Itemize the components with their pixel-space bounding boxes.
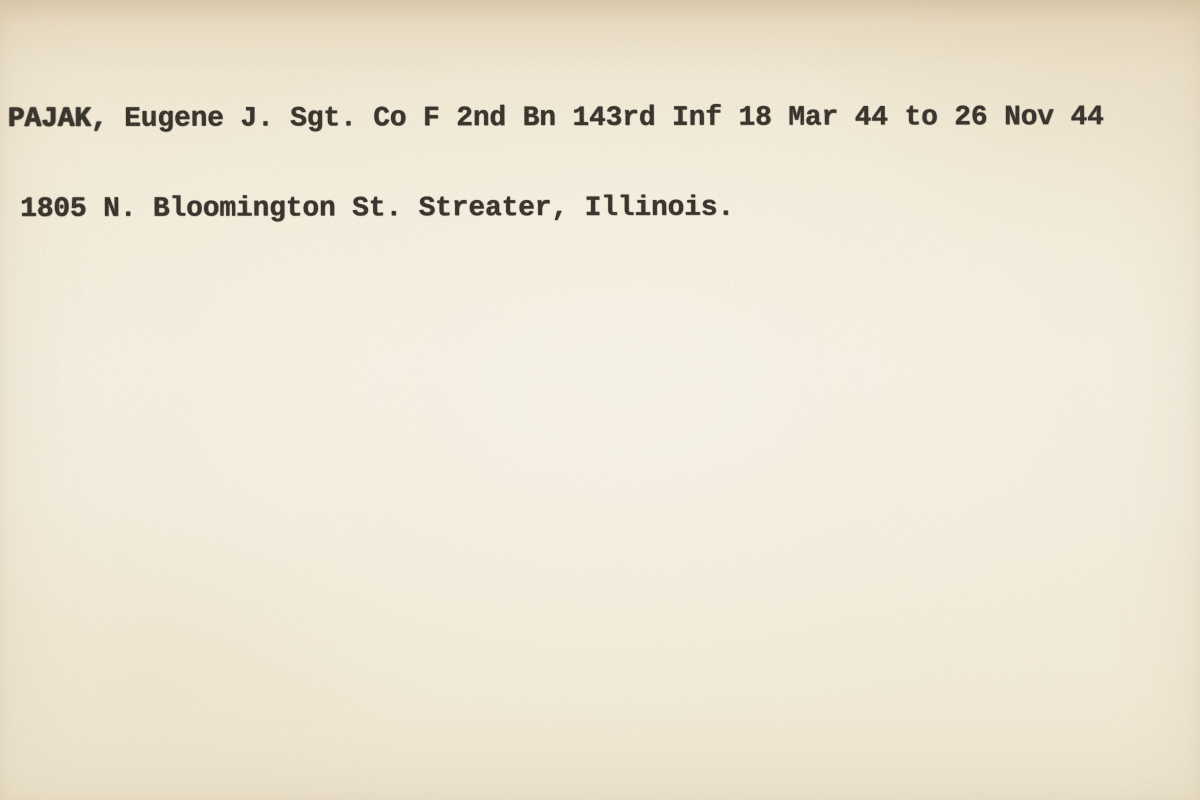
street-number: 1805	[20, 194, 86, 225]
service-record-line: PAJAK, Eugene J. Sgt. Co F 2nd Bn 143rd …	[8, 103, 1104, 135]
street-address: N. Bloomington St. Streater, Illinois.	[86, 193, 734, 225]
address-line: 1805 N. Bloomington St. Streater, Illino…	[20, 193, 1104, 225]
soldier-service-details: Eugene J. Sgt. Co F 2nd Bn 143rd Inf 18 …	[108, 102, 1104, 135]
index-card: PAJAK, Eugene J. Sgt. Co F 2nd Bn 143rd …	[0, 0, 1200, 800]
typed-text-block: PAJAK, Eugene J. Sgt. Co F 2nd Bn 143rd …	[8, 43, 1104, 285]
soldier-surname: PAJAK,	[8, 104, 108, 135]
